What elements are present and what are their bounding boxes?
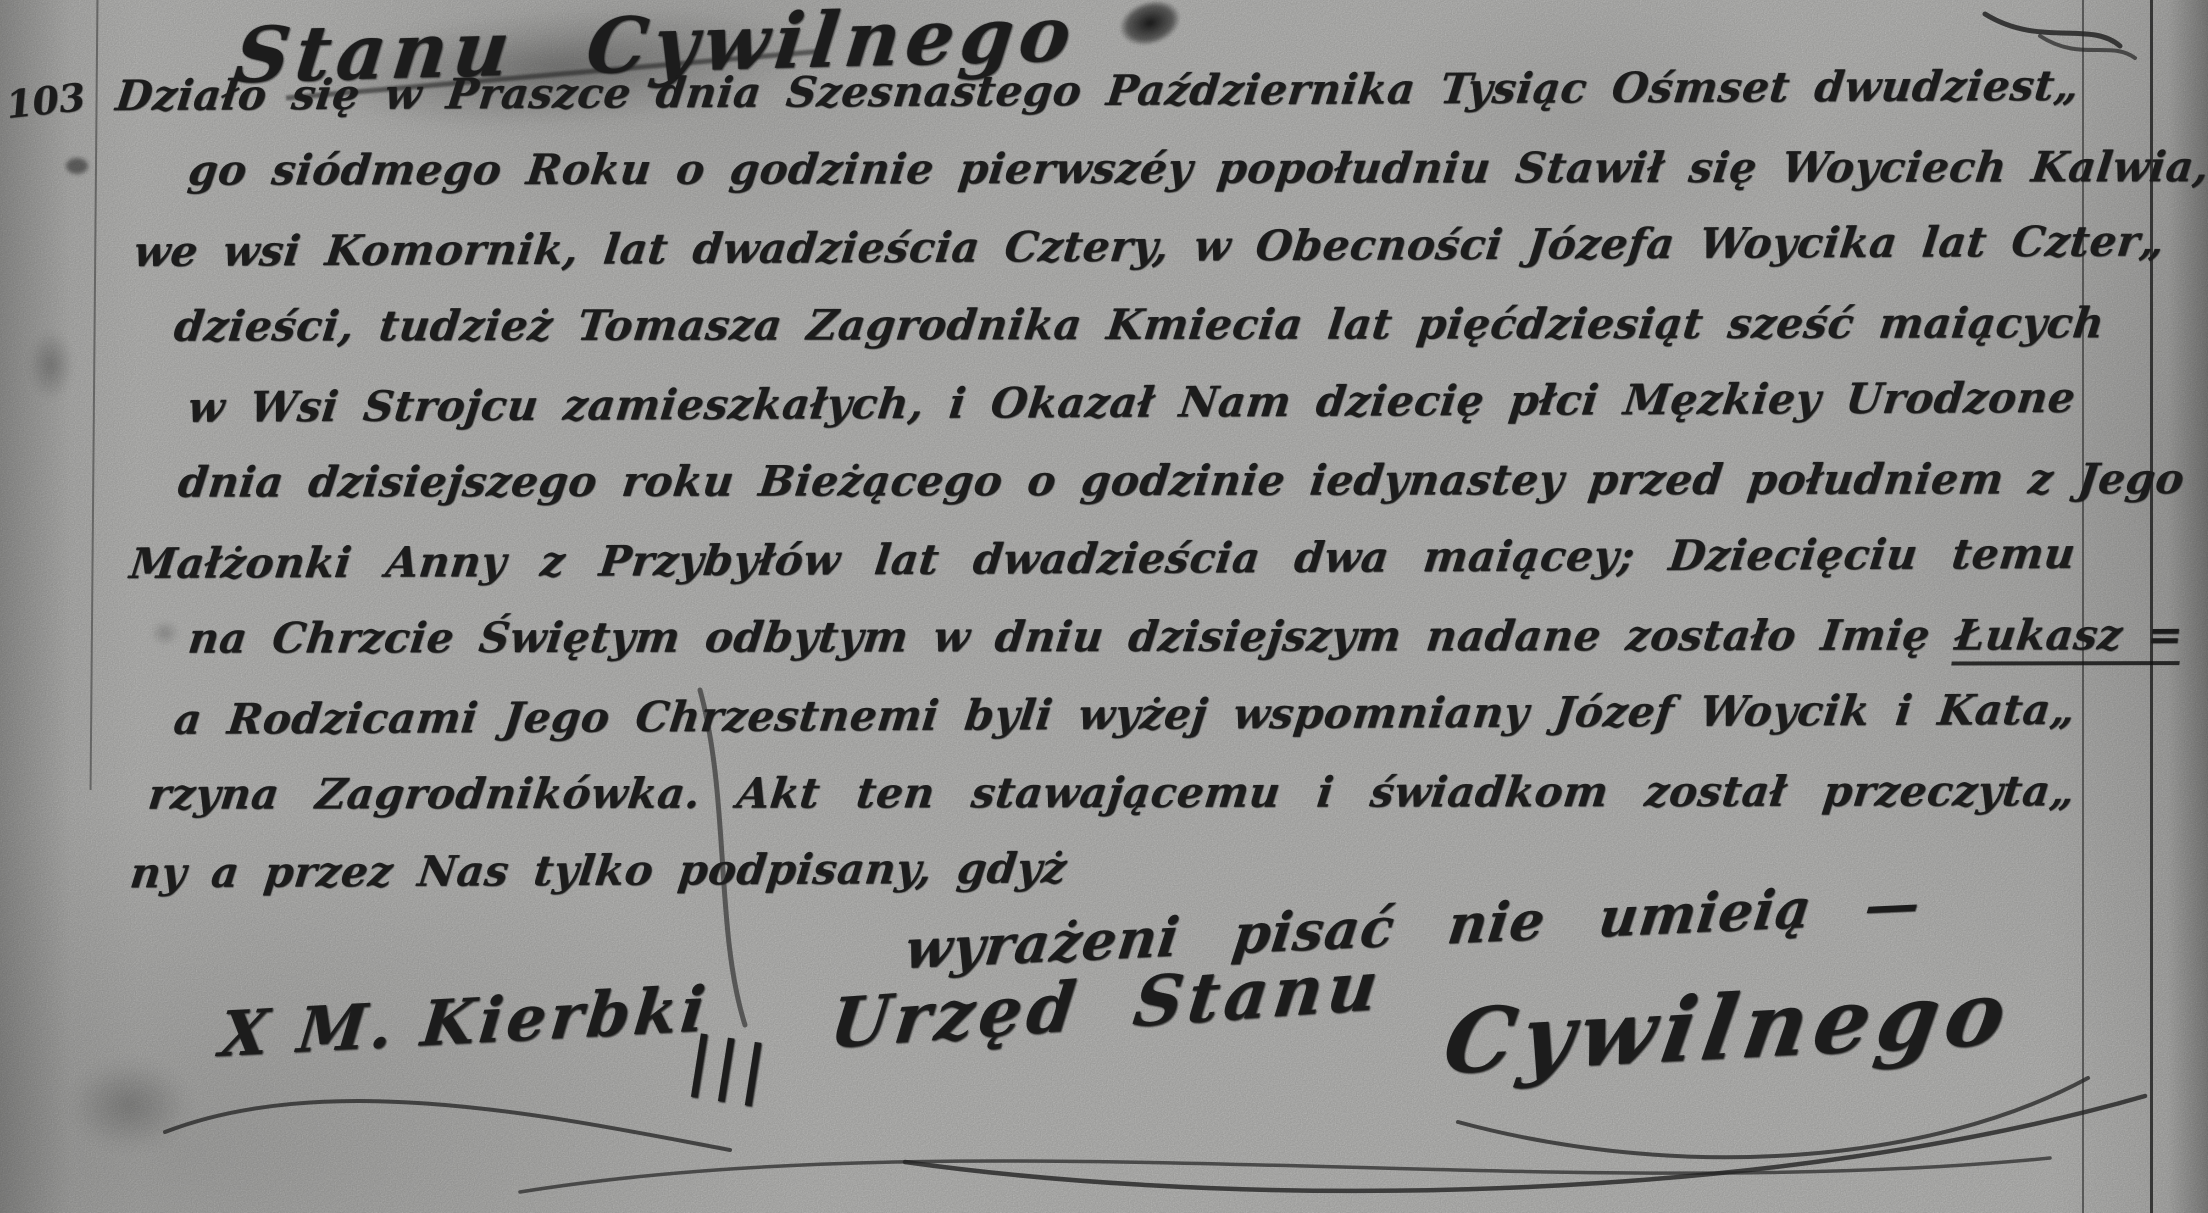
left-margin-rule <box>90 0 99 790</box>
record-line: ny a przez Nas tylko podpisany, gdyż <box>110 844 1034 927</box>
record-line-text: Małżonki Anny z Przybyłów lat dwadzieści… <box>127 529 2078 588</box>
record-line-text: Działo się w Praszce dnia Szesnastego Pa… <box>113 61 2082 120</box>
record-line: Małżonki Anny z Przybyłów lat dwadzieści… <box>110 529 2078 617</box>
record-line: rzyna Zagrodnikówka. Akt ten stawającemu… <box>110 766 2078 847</box>
paper-stain <box>28 330 74 400</box>
scanned-register-page: Stanu Cywilnego 103 Działo się w Praszce… <box>0 0 2208 1213</box>
record-line: a Rodzicami Jego Chrzestnemi byli wyżej … <box>110 685 2078 773</box>
record-line-text: na Chrzcie Świętym odbytym w dniu dzisie… <box>186 611 1959 663</box>
record-line-text: go siódmego Roku o godzinie pierwszéy po… <box>186 142 2208 195</box>
record-line: Działo się w Praszce dnia Szesnastego Pa… <box>110 61 2078 149</box>
act-body: Działo się w Praszce dnia Szesnastego Pa… <box>115 66 2073 924</box>
tally-marks: ||| <box>683 1022 776 1109</box>
record-line: dzieści, tudzież Tomasza Zagrodnika Kmie… <box>110 298 2078 379</box>
record-line: go siódmego Roku o godzinie pierwszéy po… <box>110 142 2078 223</box>
record-line: na Chrzcie Świętym odbytym w dniu dzisie… <box>110 610 2078 691</box>
record-line-text: we wsi Komornik, lat dwadzieścia Cztery,… <box>131 216 2167 276</box>
record-line: dnia dzisiejszego roku Bieżącego o godzi… <box>110 454 2078 535</box>
record-line-text: a Rodzicami Jego Chrzestnemi byli wyżej … <box>171 685 2078 744</box>
record-line-text: dnia dzisiejszego roku Bieżącego o godzi… <box>176 454 2188 506</box>
paper-stain <box>70 1060 190 1150</box>
record-line-text: rzyna Zagrodnikówka. Akt ten stawającemu… <box>146 766 2078 818</box>
record-line-text: ny a przez Nas tylko podpisany, gdyż <box>128 843 1070 897</box>
registrar-signature-part-2: Cywilnego <box>1437 960 2020 1095</box>
record-line-text: w Wsi Strojcu zamieszkałych, i Okazał Na… <box>185 373 2078 432</box>
record-line: w Wsi Strojcu zamieszkałych, i Okazał Na… <box>110 373 2078 461</box>
paper-stain <box>66 158 88 174</box>
priest-signature: X M. Kierbki <box>216 972 712 1071</box>
record-line-emphasis: Łukasz = <box>1951 610 2186 665</box>
record-line: we wsi Komornik, lat dwadzieścia Cztery,… <box>110 217 2078 305</box>
act-number: 103 <box>4 74 88 127</box>
record-line-text: dzieści, tudzież Tomasza Zagrodnika Kmie… <box>172 298 2108 350</box>
